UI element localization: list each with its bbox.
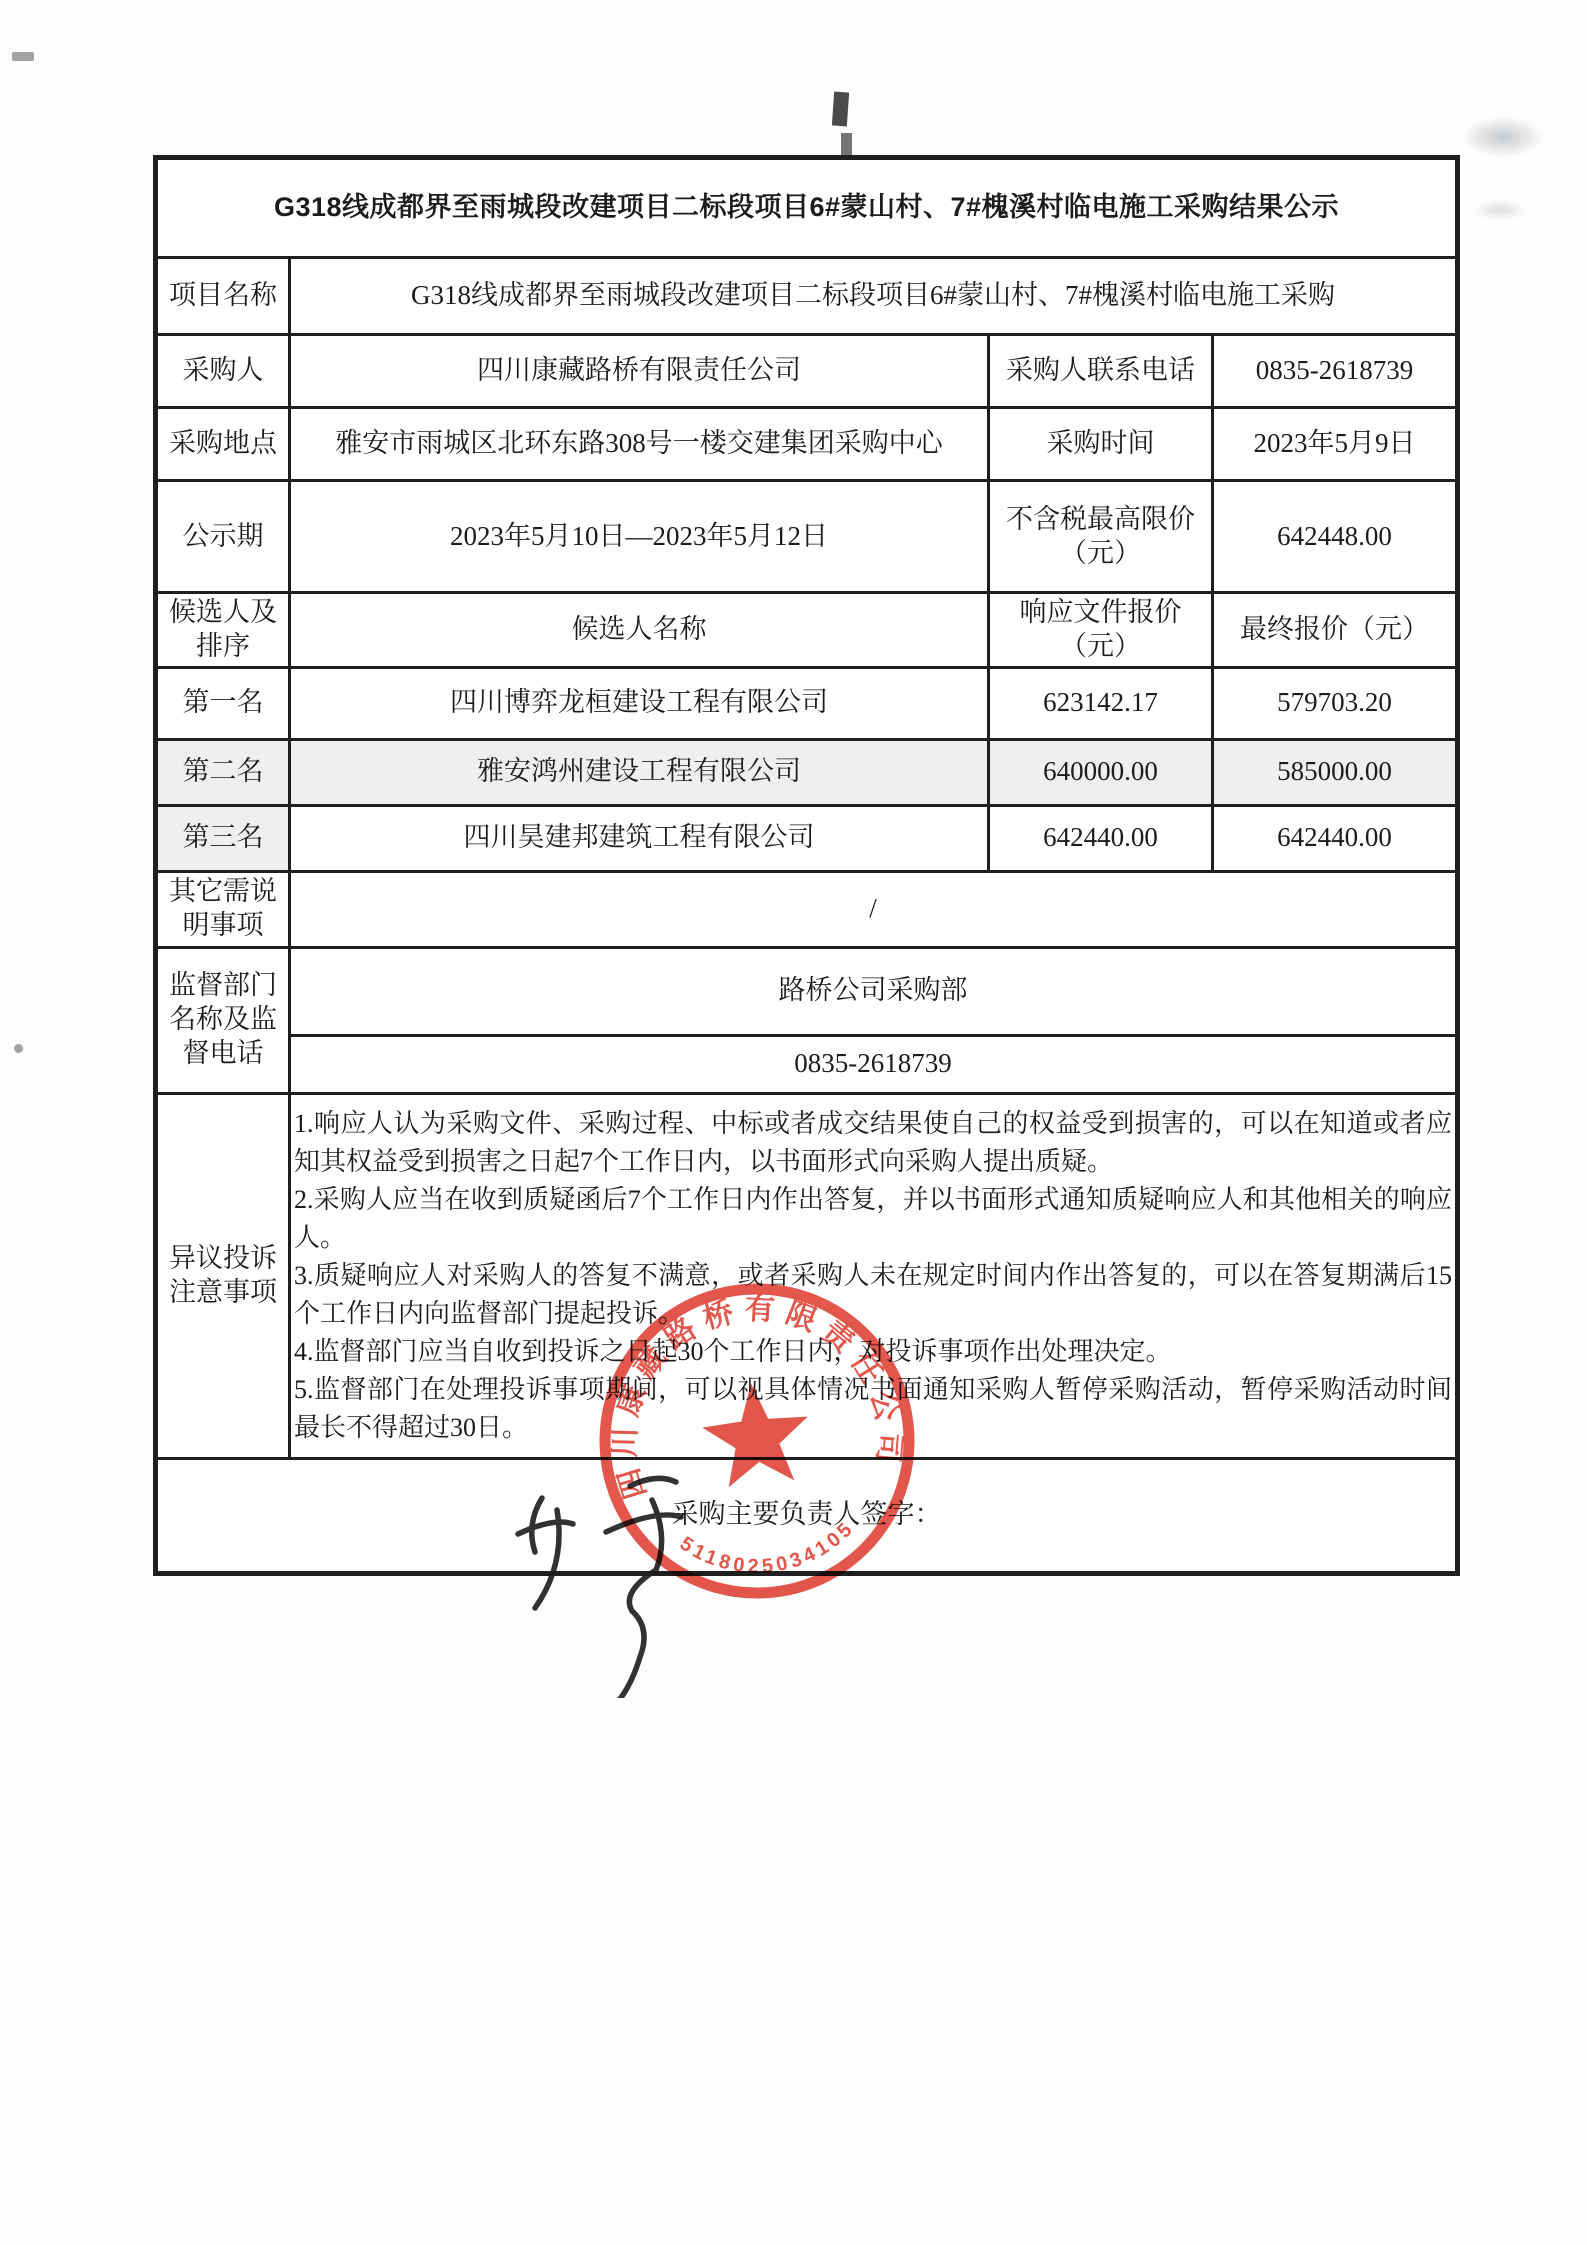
candidate-row: 第二名 雅安鸿州建设工程有限公司 640000.00 585000.00 [156,739,1458,805]
table-row: 公示期 2023年5月10日—2023年5月12日 不含税最高限价（元） 642… [156,481,1458,593]
candidates-header-row: 候选人及排序 候选人名称 响应文件报价（元） 最终报价（元） [156,593,1458,668]
signature-label: 采购主要负责人签字： [672,1498,942,1532]
other-notes-value: / [290,871,1458,947]
candidate-bid: 640000.00 [989,739,1213,805]
scan-artifact [1466,196,1534,224]
candidate-rank: 第二名 [156,739,290,805]
candidate-name: 雅安鸿州建设工程有限公司 [290,739,989,805]
other-notes-row: 其它需说明事项 / [156,871,1458,947]
table-row: 采购地点 雅安市雨城区北环东路308号一楼交建集团采购中心 采购时间 2023年… [156,408,1458,481]
title-row: G318线成都界至雨城段改建项目二标段项目6#蒙山村、7#槐溪村临电施工采购结果… [156,158,1458,258]
candidate-name: 四川昊建邦建筑工程有限公司 [290,805,989,871]
project-name-label: 项目名称 [156,258,290,335]
scan-artifact [832,92,849,127]
candidate-final: 579703.20 [1213,667,1458,739]
scan-artifact [1448,110,1558,164]
location-label: 采购地点 [156,408,290,481]
candidate-bid: 623142.17 [989,667,1213,739]
scan-artifact [14,1044,23,1053]
supervision-phone-row: 0835-2618739 [156,1035,1458,1093]
scanned-document-page: G318线成都界至雨城段改建项目二标段项目6#蒙山村、7#槐溪村临电施工采购结果… [0,0,1587,2245]
objection-item: 5.监督部门在处理投诉事项期间，可以视具体情况书面通知采购人暂停采购活动，暂停采… [294,1371,1452,1447]
objection-item: 3.质疑响应人对采购人的答复不满意，或者采购人未在规定时间内作出答复的，可以在答… [294,1257,1452,1333]
candidate-row: 第一名 四川博弈龙桓建设工程有限公司 623142.17 579703.20 [156,667,1458,739]
signature-cell: 采购主要负责人签字： [156,1458,1458,1573]
max-price-label: 不含税最高限价（元） [989,481,1213,593]
candidate-name: 四川博弈龙桓建设工程有限公司 [290,667,989,739]
objection-content: 1.响应人认为采购文件、采购过程、中标或者成交结果使自己的权益受到损害的，可以在… [290,1093,1458,1458]
candidate-final: 585000.00 [1213,739,1458,805]
purchase-time-value: 2023年5月9日 [1213,408,1458,481]
candidate-rank: 第一名 [156,667,290,739]
supervision-phone: 0835-2618739 [290,1035,1458,1093]
purchase-time-label: 采购时间 [989,408,1213,481]
final-column-header: 最终报价（元） [1213,593,1458,668]
supervision-label: 监督部门名称及监督电话 [156,947,290,1093]
objection-item: 4.监督部门应当自收到投诉之日起30个工作日内，对投诉事项作出处理决定。 [294,1333,1452,1371]
candidate-final: 642440.00 [1213,805,1458,871]
max-price-value: 642448.00 [1213,481,1458,593]
candidate-bid: 642440.00 [989,805,1213,871]
candidate-row: 第三名 四川昊建邦建筑工程有限公司 642440.00 642440.00 [156,805,1458,871]
supervision-row: 监督部门名称及监督电话 路桥公司采购部 [156,947,1458,1035]
table-row: 采购人 四川康藏路桥有限责任公司 采购人联系电话 0835-2618739 [156,335,1458,408]
purchaser-phone-value: 0835-2618739 [1213,335,1458,408]
objection-label: 异议投诉注意事项 [156,1093,290,1458]
objection-item: 2.采购人应当在收到质疑函后7个工作日内作出答复，并以书面形式通知质疑响应人和其… [294,1181,1452,1257]
name-column-header: 候选人名称 [290,593,989,668]
candidate-rank: 第三名 [156,805,290,871]
publicity-period-value: 2023年5月10日—2023年5月12日 [290,481,989,593]
objection-row: 异议投诉注意事项 1.响应人认为采购文件、采购过程、中标或者成交结果使自己的权益… [156,1093,1458,1458]
purchaser-phone-label: 采购人联系电话 [989,335,1213,408]
procurement-result-table: G318线成都界至雨城段改建项目二标段项目6#蒙山村、7#槐溪村临电施工采购结果… [153,155,1460,1576]
supervision-department: 路桥公司采购部 [290,947,1458,1035]
publicity-period-label: 公示期 [156,481,290,593]
location-value: 雅安市雨城区北环东路308号一楼交建集团采购中心 [290,408,989,481]
signature-row: 采购主要负责人签字： [156,1458,1458,1573]
rank-column-header: 候选人及排序 [156,593,290,668]
bid-column-header: 响应文件报价（元） [989,593,1213,668]
page-title: G318线成都界至雨城段改建项目二标段项目6#蒙山村、7#槐溪村临电施工采购结果… [156,158,1458,258]
table-row: 项目名称 G318线成都界至雨城段改建项目二标段项目6#蒙山村、7#槐溪村临电施… [156,258,1458,335]
objection-item: 1.响应人认为采购文件、采购过程、中标或者成交结果使自己的权益受到损害的，可以在… [294,1105,1452,1181]
other-notes-label: 其它需说明事项 [156,871,290,947]
purchaser-value: 四川康藏路桥有限责任公司 [290,335,989,408]
project-name-value: G318线成都界至雨城段改建项目二标段项目6#蒙山村、7#槐溪村临电施工采购 [290,258,1458,335]
purchaser-label: 采购人 [156,335,290,408]
scan-artifact [12,52,34,61]
